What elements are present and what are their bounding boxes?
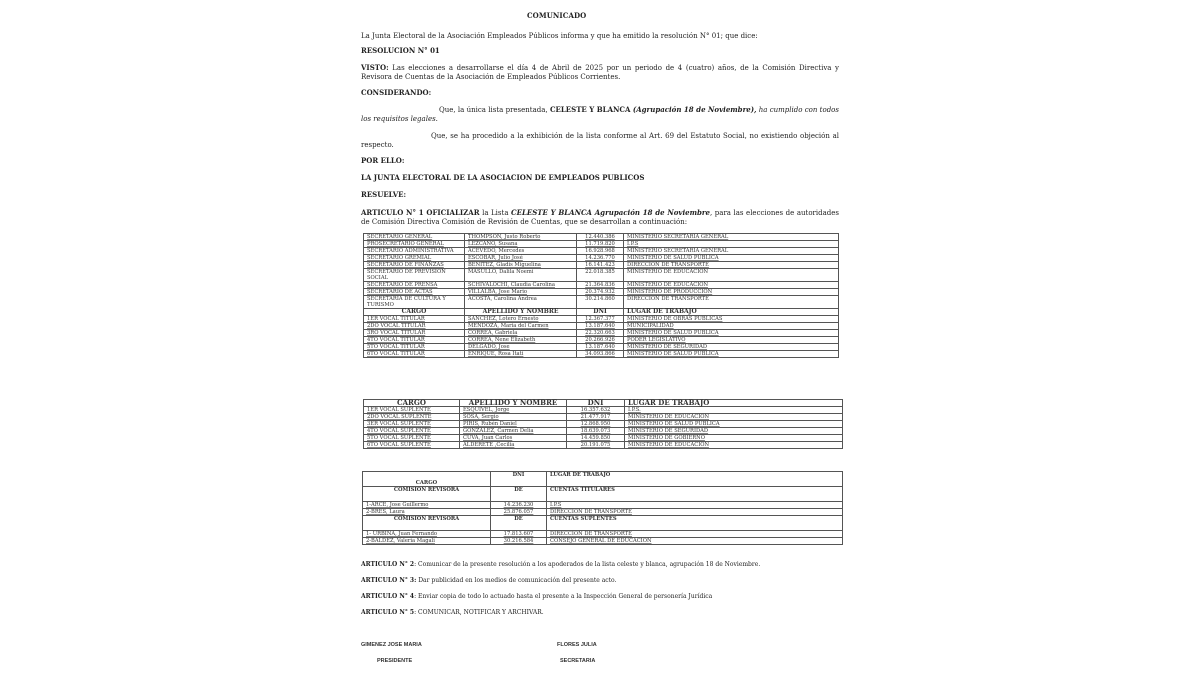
nombre-cell: THOMPSON, Justo Roberto	[465, 234, 577, 241]
dni-cell: 20.191.075	[567, 442, 625, 449]
cargo-cell: SECRETARIO GENERAL	[364, 234, 465, 241]
cargo-cell: SECRETARIO DE PRENSA	[364, 282, 465, 289]
dni-cell: 14.459.850	[567, 435, 625, 442]
signature-secretary-role: SECRETARIA	[560, 658, 595, 664]
lugar-cell: CONSEJO GENERAL DE EDUCACION	[547, 538, 843, 545]
table-row: 6TO VOCAL SUPLENTEALDERETE ,Cecilia20.19…	[364, 442, 843, 449]
lugar-cell: MINISTERIO DE SALUD PUBLICA	[624, 330, 839, 337]
lugar-cell: I.P.S	[547, 502, 843, 509]
titulares-header-row: CARGO APELLIDO Y NOMBRE DNI LUGAR DE TRA…	[364, 309, 839, 316]
table-row: SECRETARIO ADMINISTRATIVAACEVEDO, Merced…	[364, 248, 839, 255]
header-lugar: LUGAR DE TRABAJO	[625, 400, 843, 407]
header-nombre: APELLIDO Y NOMBRE	[465, 309, 577, 316]
header-lugar: LUGAR DE TRABAJO	[624, 309, 839, 316]
dni-cell: 18.639.073	[567, 428, 625, 435]
list-name: CELESTE Y BLANCA	[550, 105, 633, 114]
cargo-cell: SECRETARIO ADMINISTRATIVA	[364, 248, 465, 255]
lugar-cell: MINISTERIO DE SALUD PÚBLICA	[624, 255, 839, 262]
nombre-cell: 1-ARCE, Jose Guillermo	[363, 502, 491, 509]
intro-paragraph: La Junta Electoral de la Asociación Empl…	[361, 32, 839, 41]
cargo-cell: 6TO VOCAL TITULAR	[364, 351, 465, 358]
cargo-cell: SECRETARIO GREMIAL	[364, 255, 465, 262]
table-row: 5TO VOCAL TITULARDELGADO, Jose13.187.640…	[364, 344, 839, 351]
dni-cell: 13.187.640	[577, 323, 624, 330]
nombre-cell: CORREA, Gabriela	[465, 330, 577, 337]
header-dni: DNI	[491, 472, 547, 487]
nombre-cell: GONZALEZ, Carmen Delia	[460, 428, 567, 435]
dni-cell: 22.320.663	[577, 330, 624, 337]
table-row: SECRETARIO DE PRENSASCHIVALOCHI, Claudia…	[364, 282, 839, 289]
lugar-cell: MINISTERIO DE EDUCACION	[625, 414, 843, 421]
dni-cell: 12.440.386	[577, 234, 624, 241]
nombre-cell: 1- URBINA, Juan Fernando	[363, 531, 491, 538]
section-title: CUENTAS TITULARES	[547, 487, 843, 502]
dni-cell: 20.374.932	[577, 289, 624, 296]
signature-secretary-name: FLORES JULIA	[557, 642, 597, 648]
directiva-table: SECRETARIO GENERALTHOMPSON, Justo Robert…	[363, 233, 839, 358]
table-row: SECRETARIO DE ACTASVILLALBA, Jose Mario2…	[364, 289, 839, 296]
cargo-cell: SECRETARIA DE CULTURA Y TURISMO	[364, 296, 465, 309]
section-header-row: COMISION REVISORADECUENTAS TITULARES	[363, 487, 843, 502]
nombre-cell: MASULLO, Dalila Noemi	[465, 269, 577, 282]
table-row: PROSECRETARIO GENERALLEZCANO, Susana11.7…	[364, 241, 839, 248]
cargo-cell: 3RO VOCAL TITULAR	[364, 330, 465, 337]
lugar-cell: I.P.S.	[625, 407, 843, 414]
lugar-cell: MINISTERIO DE EDUCACION	[624, 282, 839, 289]
cargo-cell: 3ER VOCAL SUPLENTE	[364, 421, 460, 428]
table-row: 5TO VOCAL SUPLENTECUVA, Juan Carlos14.45…	[364, 435, 843, 442]
considerando-2: Que, se ha procedido a la exhibición de …	[361, 132, 839, 149]
cargo-cell: 2DO VOCAL SUPLENTE	[364, 414, 460, 421]
dni-cell: 16.357.632	[567, 407, 625, 414]
art4-text: : Enviar copia de todo lo actuado hasta …	[414, 593, 712, 600]
lugar-cell: MINISTERIO DE SEGURIDAD	[624, 344, 839, 351]
section-label: COMISION REVISORA	[363, 516, 491, 531]
nombre-cell: CUVA, Juan Carlos	[460, 435, 567, 442]
art5-label: ARTICULO N° 5	[361, 609, 414, 616]
table-row: 2-BALDEZ, Valeria Magali30.216.584CONSEJ…	[363, 538, 843, 545]
nombre-cell: DELGADO, Jose	[465, 344, 577, 351]
nombre-cell: ACEVEDO, Mercedes	[465, 248, 577, 255]
articulo-3: ARTICULO N° 3: Dar publicidad en los med…	[361, 577, 839, 586]
cargo-cell: SECRETARIO DE FINANZAS	[364, 262, 465, 269]
signature-president-role: PRESIDENTE	[377, 658, 412, 664]
lugar-cell: DIRECCION DE TRANSPORTE	[624, 262, 839, 269]
dni-cell: 11.719.820	[577, 241, 624, 248]
cargo-cell: 2DO VOCAL TITULAR	[364, 323, 465, 330]
nombre-cell: 2-BALDEZ, Valeria Magali	[363, 538, 491, 545]
dni-cell: 34.093.866	[577, 351, 624, 358]
table-row: 1- URBINA, Juan Fernando17.813.607DIRECC…	[363, 531, 843, 538]
dni-cell: 30.214.860	[577, 296, 624, 309]
table-row: 6TO VOCAL TITULARENRIQUE, Rosa Itati34.0…	[364, 351, 839, 358]
art1-label: ARTICULO N° 1 OFICIALIZAR	[361, 208, 480, 217]
table-row: 3RO VOCAL TITULARCORREA, Gabriela22.320.…	[364, 330, 839, 337]
nombre-cell: ALDERETE ,Cecilia	[460, 442, 567, 449]
nombre-cell: LEZCANO, Susana	[465, 241, 577, 248]
articulo-5: ARTICULO N° 5: COMUNICAR, NOTIFICAR Y AR…	[361, 609, 839, 618]
cargo-cell: 5TO VOCAL TITULAR	[364, 344, 465, 351]
dni-cell: 16.928.968	[577, 248, 624, 255]
lugar-cell: MINISTERIO DE EDUCACION	[624, 269, 839, 282]
lugar-cell: DIRECCION DE TRANSPORTE	[624, 296, 839, 309]
table-row: SECRETARIO DE PREVISION SOCIALMASULLO, D…	[364, 269, 839, 282]
lugar-cell: DIRECCION DE TRANSPORTE	[547, 531, 843, 538]
cargo-cell: 5TO VOCAL SUPLENTE	[364, 435, 460, 442]
lugar-cell: MINISTERIO SECRETARIA GENERAL	[624, 248, 839, 255]
nombre-cell: ACOSTA, Carolina Andrea	[465, 296, 577, 309]
art3-text: Dar publicidad en los medios de comunica…	[416, 577, 616, 584]
considerando-1: Que, la única lista presentada, CELESTE …	[361, 106, 839, 123]
section-de: DE	[491, 516, 547, 531]
lugar-cell: DIRECCION DE TRANSPORTE	[547, 509, 843, 516]
nombre-cell: SANCHEZ, Lotero Ernesto	[465, 316, 577, 323]
considerando-1-text: Que, la única lista presentada,	[439, 106, 550, 114]
lugar-cell: MINISTERIO DE PRODUCCION	[624, 289, 839, 296]
section-title: CUENTAS SUPLENTES	[547, 516, 843, 531]
lugar-cell: MINISTERIO DE SEGURIDAD	[625, 428, 843, 435]
art5-text: : COMUNICAR, NOTIFICAR Y ARCHIVAR.	[414, 609, 544, 616]
lugar-cell: MINISTERIO DE SALUD PUBLICA	[624, 351, 839, 358]
visto-paragraph: VISTO: Las elecciones a desarrollarse el…	[361, 64, 839, 81]
revisora-table: CARGO DNI LUGAR DE TRABAJO COMISION REVI…	[362, 471, 843, 545]
dni-cell: 22.018.385	[577, 269, 624, 282]
art4-label: ARTICULO N° 4	[361, 593, 414, 600]
nombre-cell: VILLALBA, Jose Mario	[465, 289, 577, 296]
dni-cell: 12.868.950	[567, 421, 625, 428]
nombre-cell: BENITEZ, Gladis Miguelina	[465, 262, 577, 269]
header-cargo: CARGO	[364, 309, 465, 316]
table-row: 2-BRES, Laura25.876.057DIRECCION DE TRAN…	[363, 509, 843, 516]
table-row: 4TO VOCAL SUPLENTEGONZALEZ, Carmen Delia…	[364, 428, 843, 435]
section-de: DE	[491, 487, 547, 502]
cargo-cell: 1ER VOCAL SUPLENTE	[364, 407, 460, 414]
nombre-cell: PIRIS, Rubén Daniel	[460, 421, 567, 428]
lugar-cell: MUNICIPALIDAD	[624, 323, 839, 330]
table-row: 3ER VOCAL SUPLENTEPIRIS, Rubén Daniel12.…	[364, 421, 843, 428]
dni-cell: 12.367.377	[577, 316, 624, 323]
considerando-heading: CONSIDERANDO:	[361, 89, 839, 98]
dni-cell: 16.141.423	[577, 262, 624, 269]
nombre-cell: ENRIQUE, Rosa Itati	[465, 351, 577, 358]
cargo-cell: 1ER VOCAL TITULAR	[364, 316, 465, 323]
por-ello-heading: POR ELLO:	[361, 157, 839, 166]
art2-label: ARTICULO N° 2	[361, 561, 414, 568]
articulo-1: ARTICULO N° 1 OFICIALIZAR la Lista CELES…	[361, 209, 839, 226]
header-dni: DNI	[567, 400, 625, 407]
dni-cell: 21.477.917	[567, 414, 625, 421]
document-title: COMUNICADO	[527, 11, 586, 20]
table-row: 2DO VOCAL TITULARMENDOZA, Maria del Carm…	[364, 323, 839, 330]
dni-cell: 20.266.926	[577, 337, 624, 344]
art2-text: : Comunicar de la presente resolución a …	[414, 561, 760, 568]
resuelve-heading: RESUELVE:	[361, 191, 839, 200]
table-row: SECRETARIO GENERALTHOMPSON, Justo Robert…	[364, 234, 839, 241]
dni-cell: 30.216.584	[491, 538, 547, 545]
table-row: 1-ARCE, Jose Guillermo14.236.230I.P.S	[363, 502, 843, 509]
dni-cell: 17.813.607	[491, 531, 547, 538]
group-name: (Agrupación 18 de Noviembre),	[633, 105, 757, 114]
resolution-number: RESOLUCION N° 01	[361, 47, 839, 56]
dni-cell: 14.236.230	[491, 502, 547, 509]
header-dni: DNI	[577, 309, 624, 316]
table-row: 2DO VOCAL SUPLENTESOSA, Sergio21.477.917…	[364, 414, 843, 421]
articulo-2: ARTICULO N° 2: Comunicar de la presente …	[361, 561, 839, 570]
lugar-cell: PODER LEGISLATIVO	[624, 337, 839, 344]
nombre-cell: 2-BRES, Laura	[363, 509, 491, 516]
nombre-cell: ESQUIVEL, Jorge	[460, 407, 567, 414]
header-nombre: APELLIDO Y NOMBRE	[460, 400, 567, 407]
nombre-cell: CORREA, Nene Elizabeth	[465, 337, 577, 344]
table-row: 1ER VOCAL SUPLENTEESQUIVEL, Jorge16.357.…	[364, 407, 843, 414]
art3-label: ARTICULO N° 3:	[361, 577, 416, 584]
lugar-cell: MINISTERIO DE GOBIERNO	[625, 435, 843, 442]
lugar-cell: I.P.S	[624, 241, 839, 248]
art1-list: CELESTE Y BLANCA Agrupación 18 de Noviem…	[511, 208, 710, 217]
dni-cell: 14.236.770	[577, 255, 624, 262]
section-label: COMISION REVISORA	[363, 487, 491, 502]
suplentes-table: CARGO APELLIDO Y NOMBRE DNI LUGAR DE TRA…	[363, 399, 843, 449]
signature-president-name: GIMENEZ JOSE MARIA	[361, 642, 422, 648]
dni-cell: 25.876.057	[491, 509, 547, 516]
lugar-cell: MINISTERIO DE OBRAS PUBLICAS	[624, 316, 839, 323]
table-row: SECRETARIO GREMIALESCOBAR, Julio José14.…	[364, 255, 839, 262]
cargo-cell: SECRETARIO DE ACTAS	[364, 289, 465, 296]
nombre-cell: MENDOZA, Maria del Carmen	[465, 323, 577, 330]
table-row: SECRETARIA DE CULTURA Y TURISMOACOSTA, C…	[364, 296, 839, 309]
cargo-cell: 6TO VOCAL SUPLENTE	[364, 442, 460, 449]
cargo-cell: PROSECRETARIO GENERAL	[364, 241, 465, 248]
table-row: 1ER VOCAL TITULARSANCHEZ, Lotero Ernesto…	[364, 316, 839, 323]
nombre-cell: ESCOBAR, Julio José	[465, 255, 577, 262]
table-row: SECRETARIO DE FINANZASBENITEZ, Gladis Mi…	[364, 262, 839, 269]
cargo-cell: 4TO VOCAL SUPLENTE	[364, 428, 460, 435]
lugar-cell: MINISTERIO SECRETARIA GENERAL	[624, 234, 839, 241]
cargo-cell: SECRETARIO DE PREVISION SOCIAL	[364, 269, 465, 282]
nombre-cell: SCHIVALOCHI, Claudia Carolina	[465, 282, 577, 289]
dni-cell: 13.187.640	[577, 344, 624, 351]
revisora-header-row: CARGO DNI LUGAR DE TRABAJO	[363, 472, 843, 487]
cargo-cell: 4TO VOCAL TITULAR	[364, 337, 465, 344]
table-row: 4TO VOCAL TITULARCORREA, Nene Elizabeth2…	[364, 337, 839, 344]
visto-text: Las elecciones a desarrollarse el día 4 …	[361, 64, 839, 81]
junta-heading: LA JUNTA ELECTORAL DE LA ASOCIACION DE E…	[361, 174, 839, 183]
header-cargo: CARGO	[363, 472, 491, 487]
section-header-row: COMISION REVISORADECUENTAS SUPLENTES	[363, 516, 843, 531]
lugar-cell: MINISTERIO DE SALUD PUBLICA	[625, 421, 843, 428]
dni-cell: 21.364.836	[577, 282, 624, 289]
art1-pre: la Lista	[480, 209, 512, 217]
header-cargo: CARGO	[364, 400, 460, 407]
articulo-4: ARTICULO N° 4: Enviar copia de todo lo a…	[361, 593, 839, 602]
visto-label: VISTO:	[361, 63, 389, 72]
header-lugar: LUGAR DE TRABAJO	[547, 472, 843, 487]
lugar-cell: MINISTERIO DE EDUCACION	[625, 442, 843, 449]
nombre-cell: SOSA, Sergio	[460, 414, 567, 421]
suplentes-header-row: CARGO APELLIDO Y NOMBRE DNI LUGAR DE TRA…	[364, 400, 843, 407]
